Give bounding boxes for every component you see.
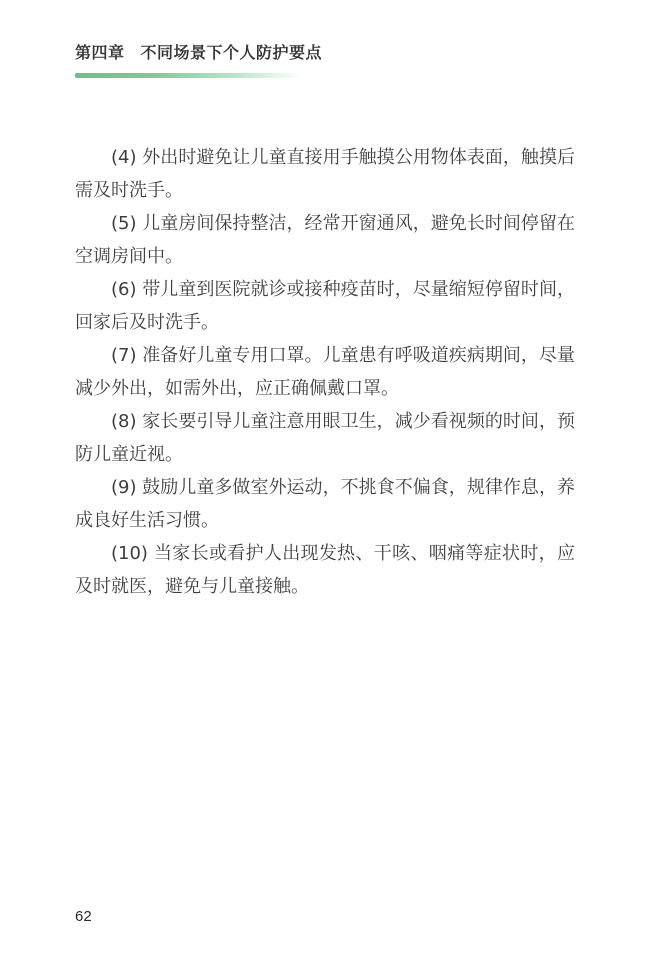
paragraph-item-6: (6) 带儿童到医院就诊或接种疫苗时，尽量缩短停留时间，回家后及时洗手。 <box>75 273 575 339</box>
paragraph-item-9: (9) 鼓励儿童多做室外运动，不挑食不偏食，规律作息，养成良好生活习惯。 <box>75 471 575 537</box>
paragraph-item-8: (8) 家长要引导儿童注意用眼卫生，减少看视频的时间，预防儿童近视。 <box>75 405 575 471</box>
paragraph-item-5: (5) 儿童房间保持整洁，经常开窗通风，避免长时间停留在空调房间中。 <box>75 207 575 273</box>
chapter-label: 第四章 <box>75 40 125 63</box>
paragraph-item-4: (4) 外出时避免让儿童直接用手触摸公用物体表面，触摸后需及时洗手。 <box>75 141 575 207</box>
chapter-title: 不同场景下个人防护要点 <box>141 40 323 63</box>
paragraph-item-7: (7) 准备好儿童专用口罩。儿童患有呼吸道疾病期间，尽量减少外出，如需外出，应正… <box>75 339 575 405</box>
body-text: (4) 外出时避免让儿童直接用手触摸公用物体表面，触摸后需及时洗手。 (5) 儿… <box>75 141 575 603</box>
chapter-running-head: 第四章 不同场景下个人防护要点 <box>75 40 322 63</box>
book-page: 第四章 不同场景下个人防护要点 (4) 外出时避免让儿童直接用手触摸公用物体表面… <box>0 0 650 975</box>
paragraph-item-10: (10) 当家长或看护人出现发热、干咳、咽痛等症状时，应及时就医，避免与儿童接触… <box>75 537 575 603</box>
page-number: 62 <box>75 908 92 925</box>
header-gradient-rule <box>75 73 301 78</box>
